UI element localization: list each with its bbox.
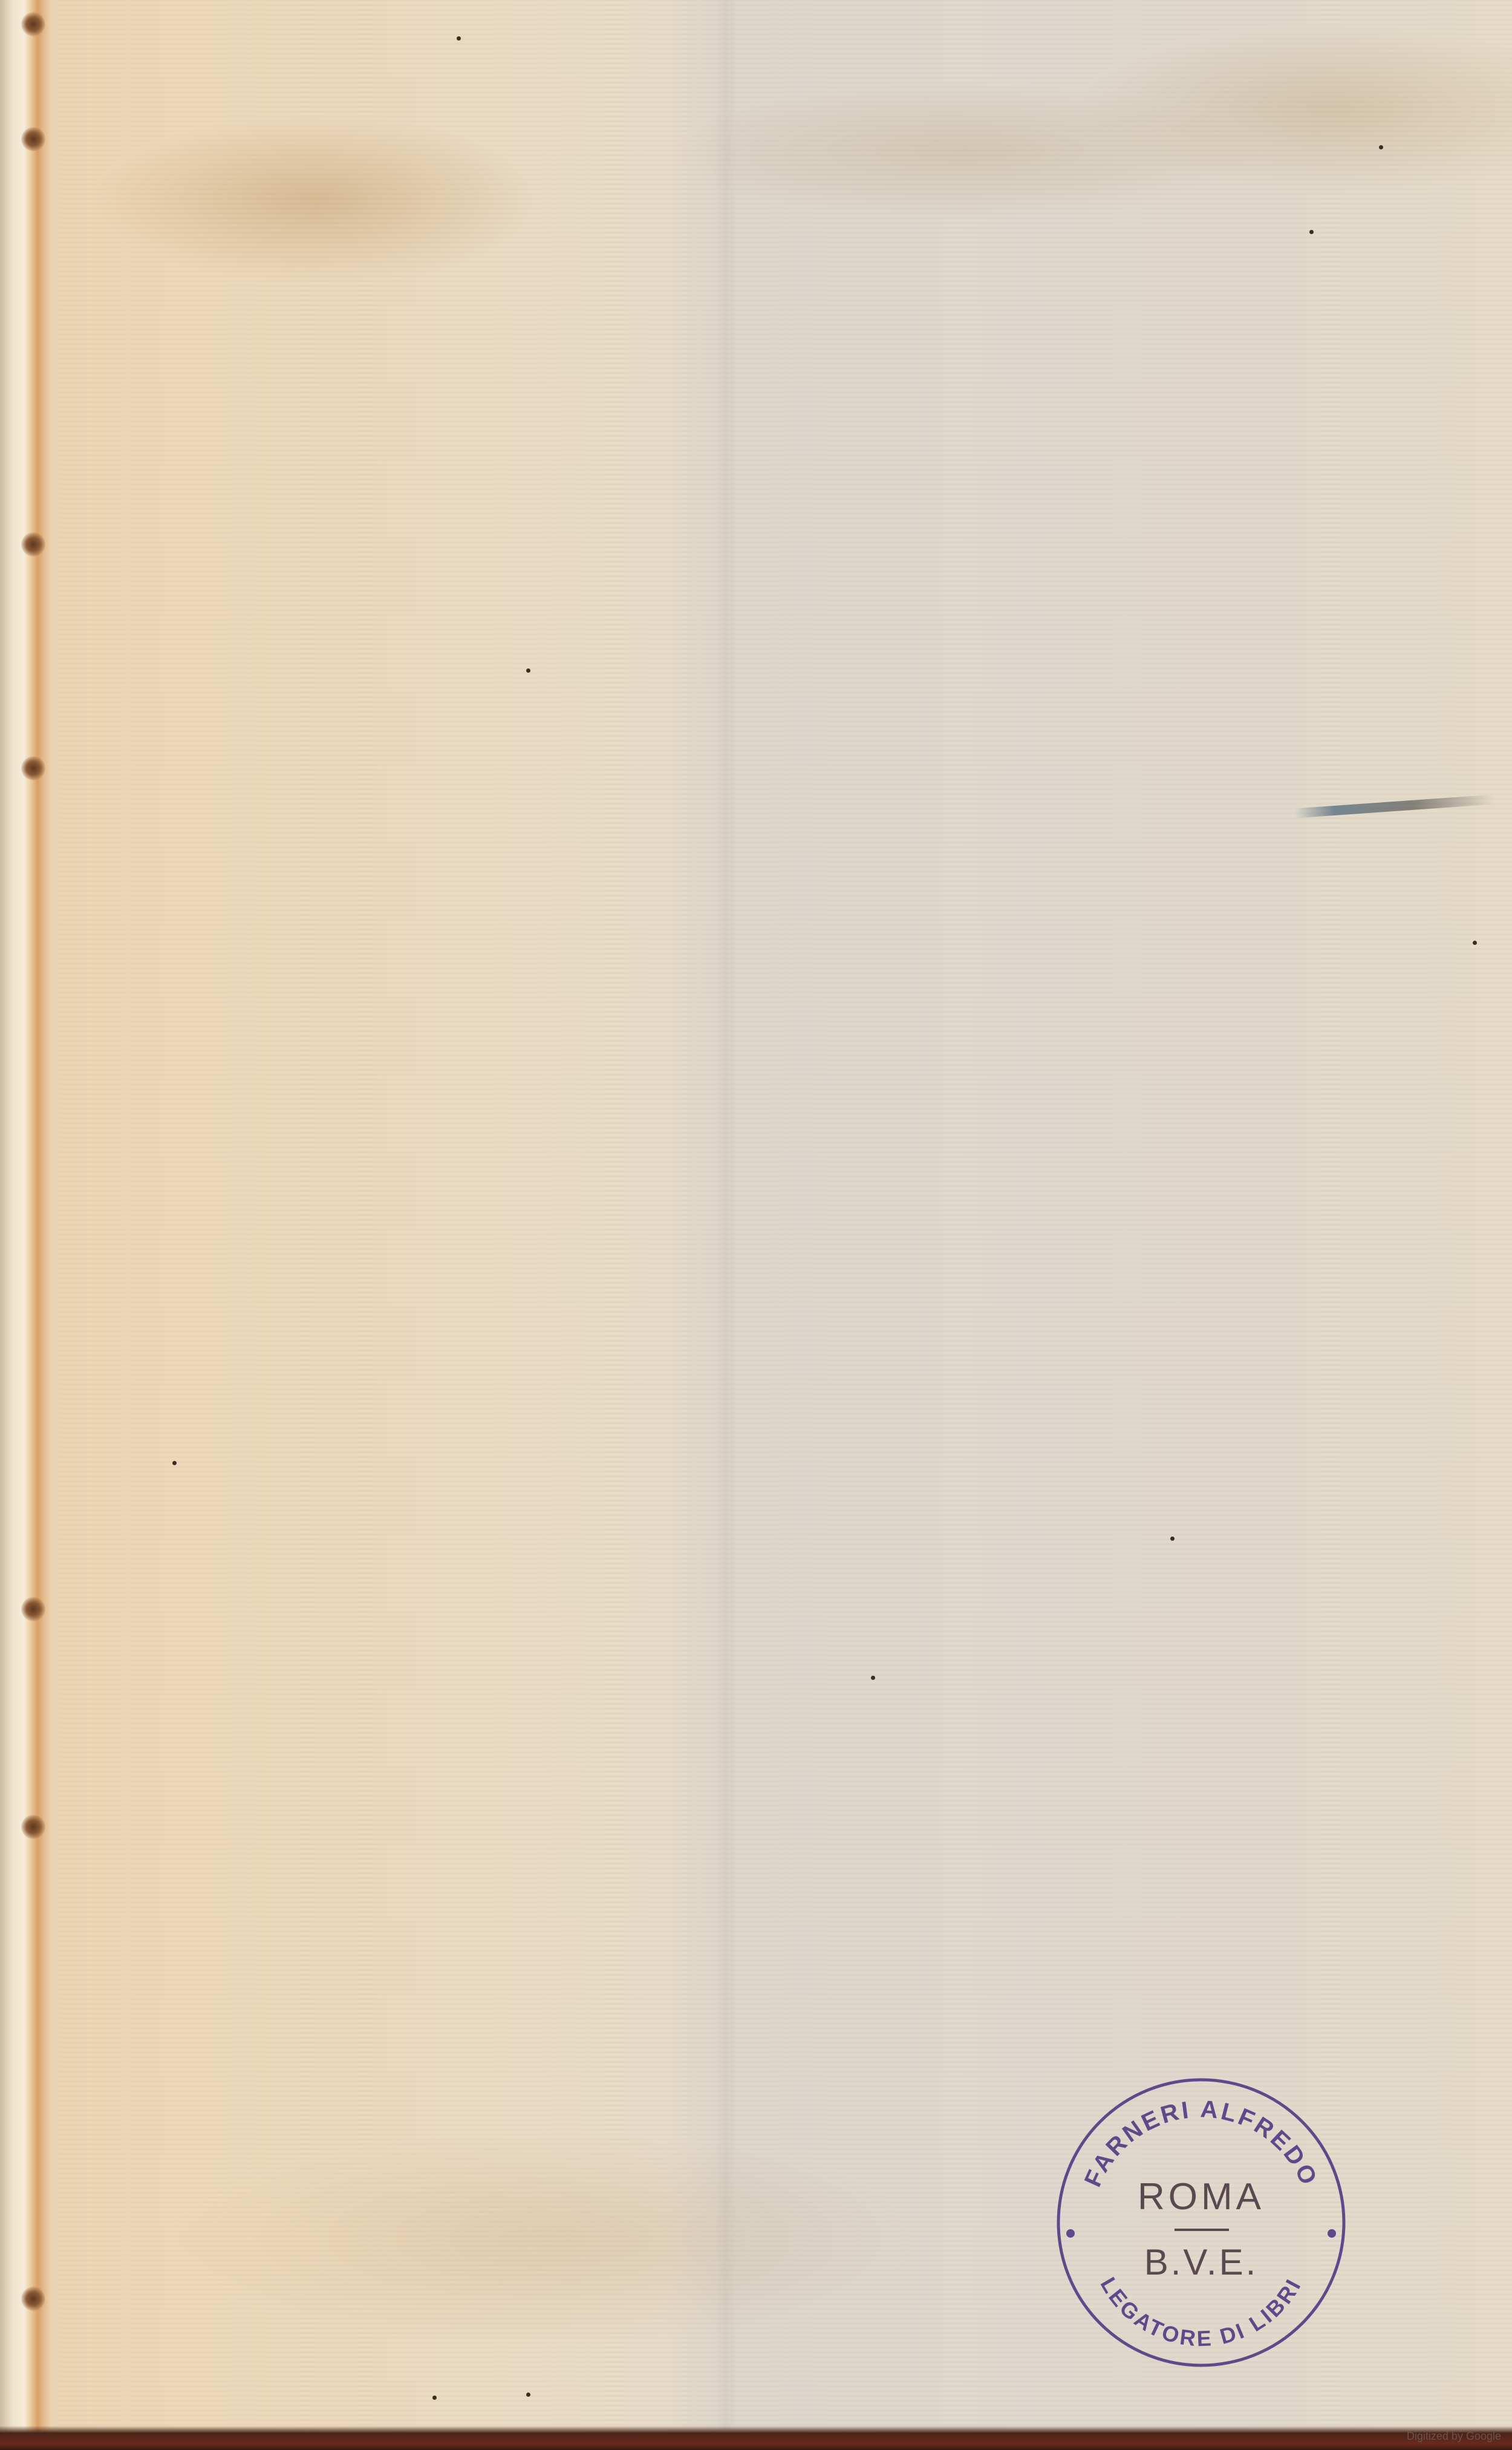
binding-thread-knot [21,127,45,151]
digitization-watermark: Digitized by Google [1407,2430,1501,2443]
binder-stamp: FARNERI ALFREDO LEGATORE DI LIBRI ROMA B… [1054,2075,1349,2370]
paper-speck [526,668,530,673]
binding-thread-knot [21,1597,45,1621]
binding-thread-knot [21,12,45,36]
paper-speck [526,2393,530,2397]
paper-speck [457,36,461,41]
paper-speck [1379,145,1383,149]
binding-thread-knot [21,2287,45,2311]
bottom-cover-edge [0,2426,1512,2450]
stamp-circle-icon: FARNERI ALFREDO LEGATORE DI LIBRI ROMA B… [1054,2075,1349,2370]
book-page: FARNERI ALFREDO LEGATORE DI LIBRI ROMA B… [0,0,1512,2450]
paper-speck [432,2396,437,2400]
paper-speck [172,1461,177,1465]
paper-speck [1309,230,1314,234]
paper-speck [1473,941,1477,945]
stamp-initials-text: B.V.E. [1144,2242,1259,2282]
paper-speck [871,1676,875,1680]
paper-fold-shadow [714,0,738,2450]
paper-speck [1170,1537,1175,1541]
binding-thread-knot [21,756,45,780]
ink-smudge [1294,795,1494,818]
book-spine-gutter [0,0,57,2450]
stamp-bottom-text: LEGATORE DI LIBRI [1096,2273,1307,2351]
binding-thread-knot [21,532,45,557]
binding-thread-knot [21,1815,45,1839]
stamp-city-text: ROMA [1138,2176,1265,2218]
svg-text:LEGATORE DI LIBRI: LEGATORE DI LIBRI [1096,2273,1307,2351]
